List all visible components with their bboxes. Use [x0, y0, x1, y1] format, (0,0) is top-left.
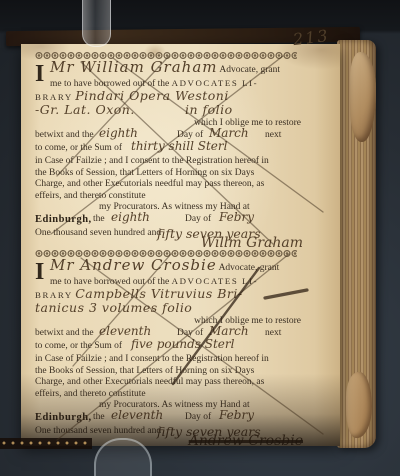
- printed-text: Day of: [185, 214, 211, 226]
- form-line: effeirs, and thereto constitute: [35, 389, 303, 401]
- form-line: to come, or the Sum of five pounds Sterl: [35, 341, 303, 354]
- printed-text: effeirs, and thereto constitute: [35, 191, 146, 201]
- printed-text: ADVOCATES LI-: [172, 78, 259, 88]
- book-format: in folio: [185, 104, 233, 116]
- printed-text: Day of: [185, 412, 211, 424]
- signing-day: eleventh: [111, 410, 163, 422]
- borrowing-entry-1: I Mr William Graham Advocate, grant me t…: [35, 62, 303, 252]
- printed-text: next: [265, 328, 281, 340]
- printed-text: to come, or the Sum of: [35, 143, 122, 155]
- printed-text: the Books of Session, that Letters of Ho…: [35, 168, 254, 178]
- form-line: which I oblige me to restore: [35, 316, 303, 328]
- penalty-sum: five pounds Sterl: [131, 339, 234, 351]
- printed-text: in Case of Failzie ; and I consent to th…: [35, 156, 269, 166]
- return-day: eighth: [99, 128, 138, 140]
- manuscript-page: I Mr William Graham Advocate, grant me t…: [21, 44, 340, 446]
- signing-month: Febry: [219, 212, 254, 224]
- printed-text: BRARY: [35, 92, 73, 102]
- form-line: -Gr. Lat. Oxon. in folio: [35, 104, 303, 118]
- printed-text: betwixt and the: [35, 328, 94, 340]
- return-month: March: [209, 128, 249, 140]
- printed-text: the Books of Session, that Letters of Ho…: [35, 366, 254, 376]
- form-line: my Procurators. As witness my Hand at: [35, 202, 303, 214]
- borrowing-entry-2: I Mr Andrew Crosbie Advocate, grant me t…: [35, 260, 303, 450]
- transparent-page-clip-top: [82, 0, 111, 47]
- borrower-name: Mr Andrew Crosbie: [50, 256, 217, 274]
- borrower-name: Mr William Graham: [50, 58, 218, 76]
- form-line: Mr William Graham Advocate, grant: [35, 62, 303, 78]
- photograph-of-library-receipt-book: I Mr William Graham Advocate, grant me t…: [0, 0, 400, 476]
- book-title: tanicus 3 volumes folio: [35, 300, 192, 315]
- printed-text: ADVOCATES LI-: [172, 276, 259, 286]
- city-blackletter: Edinburgh,: [35, 214, 92, 226]
- printed-text: to come, or the Sum of: [35, 341, 122, 353]
- printed-text: effeirs, and thereto constitute: [35, 389, 146, 399]
- form-line: which I oblige me to restore: [35, 118, 303, 130]
- printed-text: the: [93, 412, 105, 424]
- form-line: the Books of Session, that Letters of Ho…: [35, 366, 303, 378]
- printed-text: Charge, and other Executorials needful m…: [35, 179, 264, 189]
- return-month: March: [209, 326, 249, 338]
- printed-text: next: [265, 130, 281, 142]
- form-line: tanicus 3 volumes folio: [35, 302, 303, 316]
- form-line: to come, or the Sum of thirty shill Ster…: [35, 143, 303, 156]
- form-line: Mr Andrew Crosbie Advocate, grant: [35, 260, 303, 276]
- printed-text: betwixt and the: [35, 130, 94, 142]
- signing-month: Febry: [219, 410, 254, 422]
- return-day: eleventh: [99, 326, 151, 338]
- form-line: in Case of Failzie ; and I consent to th…: [35, 156, 303, 168]
- form-line: the Books of Session, that Letters of Ho…: [35, 168, 303, 180]
- signature-struck-out: Andrew Crosbie: [189, 433, 303, 449]
- book-title: -Gr. Lat. Oxon.: [35, 102, 135, 117]
- printed-text: Charge, and other Executorials needful m…: [35, 377, 264, 387]
- city-blackletter: Edinburgh,: [35, 412, 92, 424]
- penalty-sum: thirty shill Sterl: [131, 141, 227, 153]
- printed-text: Advocate, grant: [219, 263, 280, 273]
- form-line: Charge, and other Executorials needful m…: [35, 377, 303, 389]
- printed-text: in Case of Failzie ; and I consent to th…: [35, 354, 269, 364]
- book-cover-stitching: [0, 438, 92, 449]
- form-line: my Procurators. As witness my Hand at: [35, 400, 303, 412]
- printed-text: Advocate, grant: [219, 65, 280, 75]
- form-line: Charge, and other Executorials needful m…: [35, 179, 303, 191]
- signing-day: eighth: [111, 212, 150, 224]
- printed-text: BRARY: [35, 290, 73, 300]
- form-line: in Case of Failzie ; and I consent to th…: [35, 354, 303, 366]
- book-title: Campbells Vitruvius Bri-: [75, 286, 242, 301]
- book-title: Pindari Opera Westoni: [75, 88, 229, 103]
- form-line: effeirs, and thereto constitute: [35, 191, 303, 203]
- printed-text: the: [93, 214, 105, 226]
